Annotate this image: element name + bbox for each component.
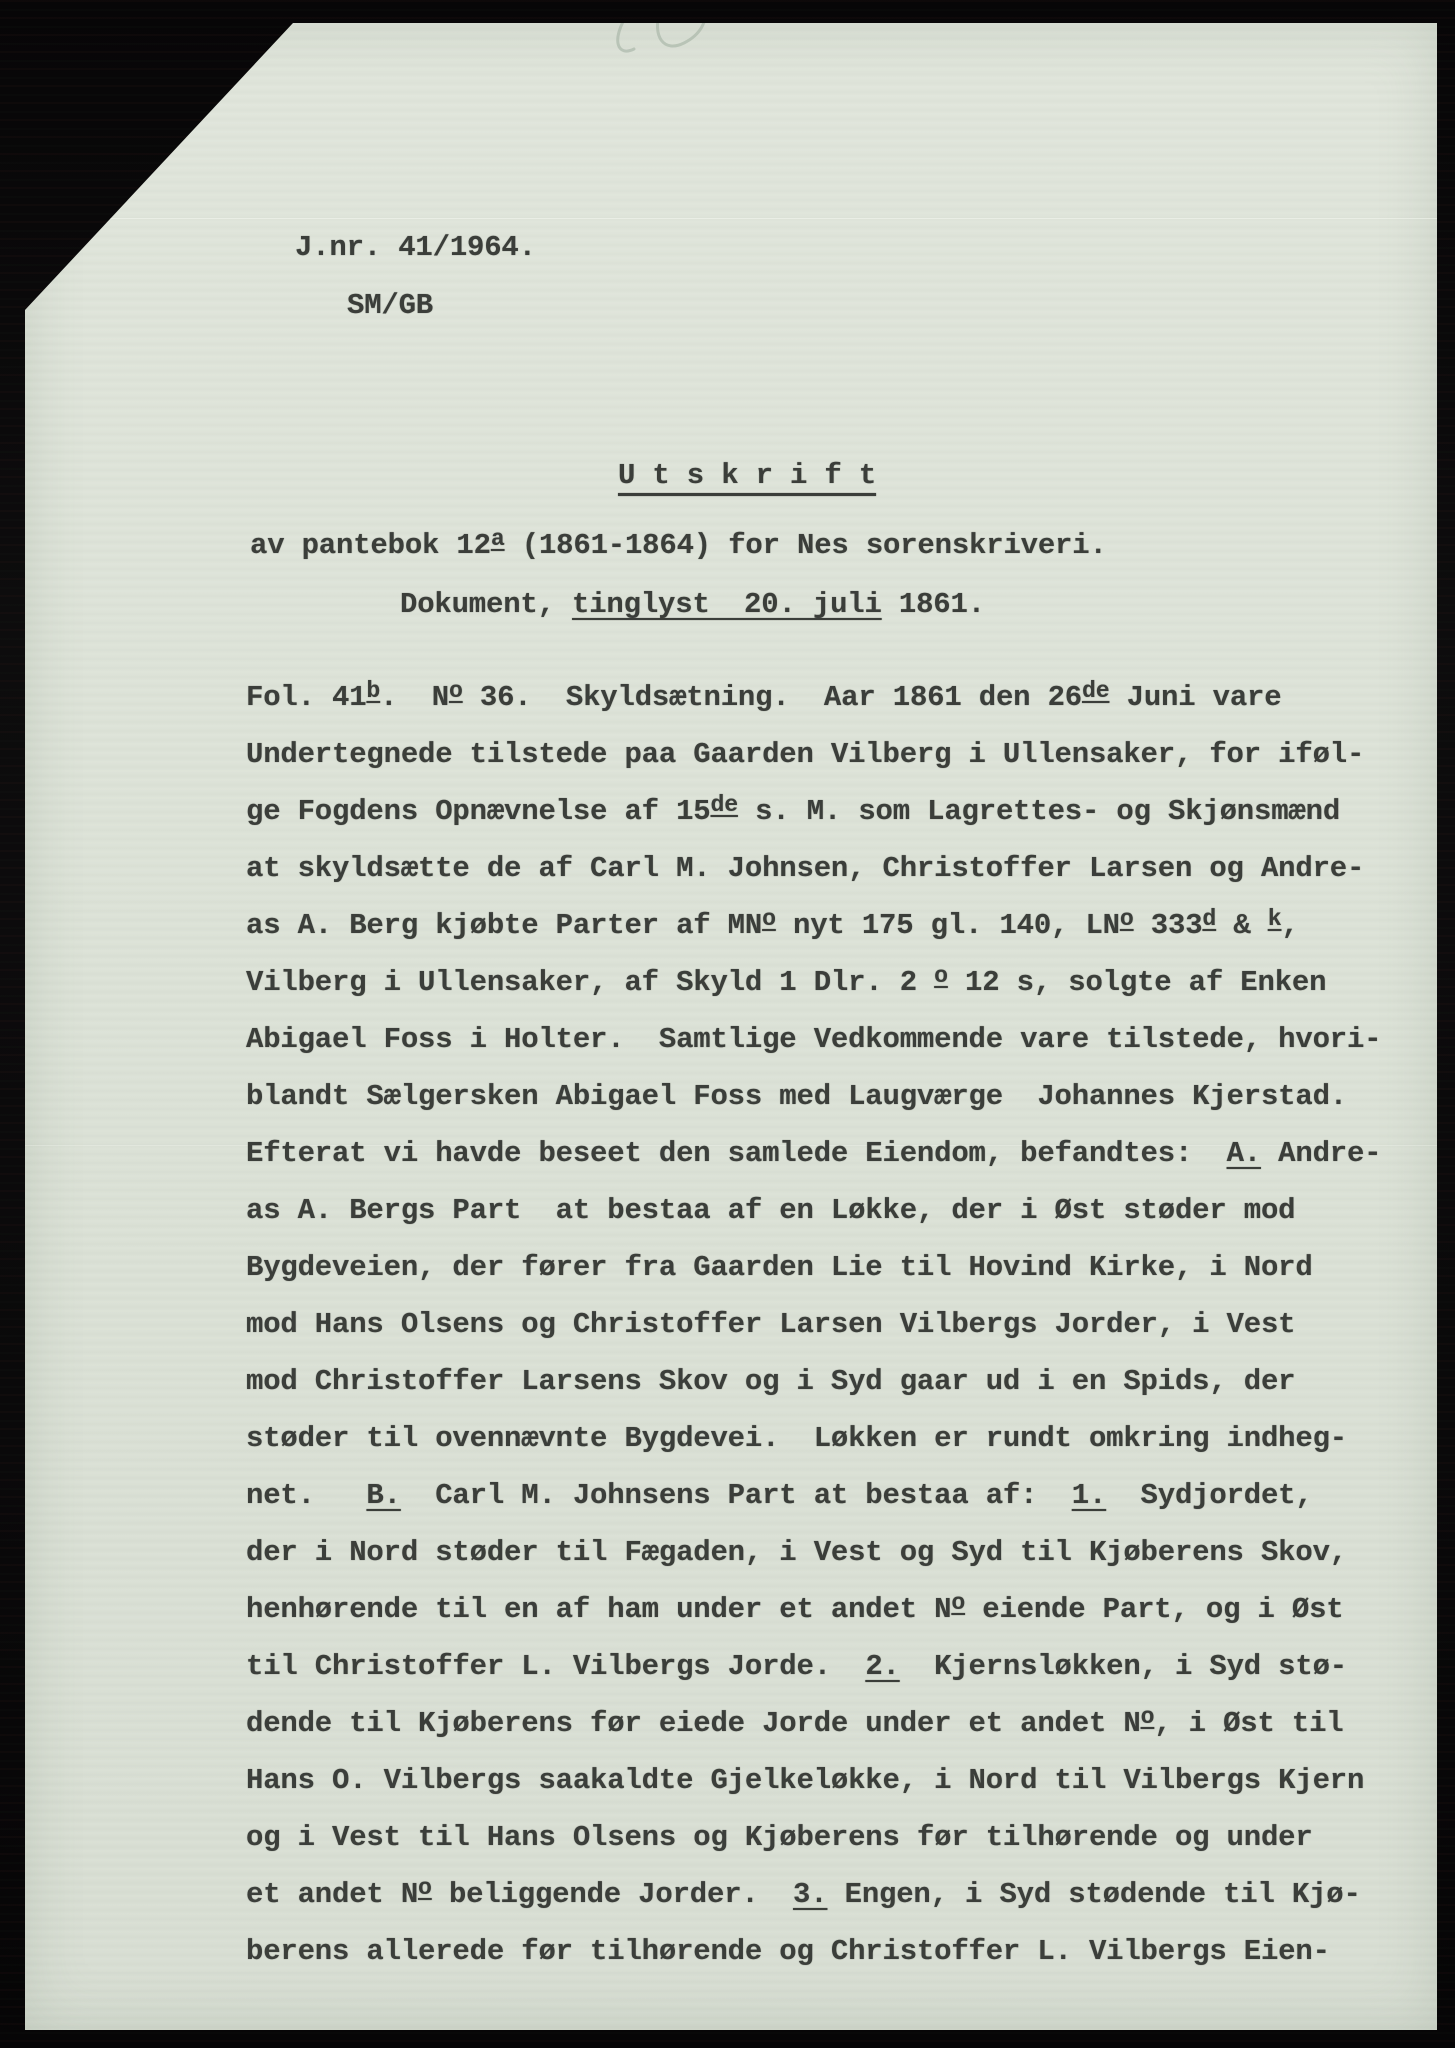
text-segment: Andre- [1261,1137,1381,1170]
text-segment: et andet N [246,1878,418,1911]
text-line: Undertegnede tilstede paa Gaarden Vilber… [246,726,1381,783]
superscript-text: de [710,792,737,818]
scanned-archive-page: { "page": { "background_color": "#0b0a0b… [0,0,1455,2048]
superscript-text: d [1202,906,1216,932]
superscript-text: de [1082,678,1109,704]
text-segment: der i Nord støder til Fægaden, i Vest og… [246,1536,1347,1569]
text-segment: av pantebok 12 [250,529,491,562]
text-line: mod Hans Olsens og Christoffer Larsen Vi… [246,1296,1381,1353]
text-segment: & [1216,909,1268,942]
text-segment: , [1281,909,1298,942]
scan-artifact-line [25,218,1437,219]
text-line: Efterat vi havde beseet den samlede Eien… [246,1125,1381,1182]
text-segment: 333 [1134,909,1203,942]
text-line: og i Vest til Hans Olsens og Kjøberens f… [246,1809,1381,1866]
text-segment: Efterat vi havde beseet den samlede Eien… [246,1137,1227,1170]
text-segment: henhørende til en af ham under et andet … [246,1593,951,1626]
subtitle-source-line: av pantebok 12a (1861-1864) for Nes sore… [250,517,1107,576]
text-line: at skyldsætte de af Carl M. Johnsen, Chr… [246,840,1381,897]
text-line: mod Christoffer Larsens Skov og i Syd ga… [246,1353,1381,1410]
text-segment: eiende Part, og i Øst [965,1593,1343,1626]
text-line: net. B. Carl M. Johnsens Part at bestaa … [246,1467,1381,1524]
text-segment: dende til Kjøberens før eiede Jorde unde… [246,1707,1141,1740]
superscript-text: o [1141,1704,1155,1730]
text-line: ge Fogdens Opnævnelse af 15de s. M. som … [246,783,1381,840]
text-segment: Fol. 41 [246,681,366,714]
pencil-mark [600,23,730,71]
text-line: et andet No beliggende Jorder. 3. Engen,… [246,1866,1381,1923]
text-segment: Dokument, [400,588,572,621]
underlined-text: B. [366,1479,400,1512]
text-line: henhørende til en af ham under et andet … [246,1581,1381,1638]
text-line: dende til Kjøberens før eiede Jorde unde… [246,1695,1381,1752]
text-segment: s. M. som Lagrettes- og Skjønsmænd [738,795,1340,828]
text-line: Fol. 41b. No 36. Skyldsætning. Aar 1861 … [246,669,1381,726]
text-segment: 1861. [882,588,985,621]
text-segment: Hans O. Vilbergs saakaldte Gjelkeløkke, … [246,1764,1364,1797]
document-body: Fol. 41b. No 36. Skyldsætning. Aar 1861 … [246,669,1381,1980]
text-segment: Bygdeveien, der fører fra Gaarden Lie ti… [246,1251,1313,1284]
text-segment: Carl M. Johnsens Part at bestaa af: [401,1479,1072,1512]
superscript-text: a [491,526,505,552]
superscript-text: o [418,1875,432,1901]
underlined-text: A. [1227,1137,1261,1170]
text-line: Hans O. Vilbergs saakaldte Gjelkeløkke, … [246,1752,1381,1809]
superscript-text: o [1120,906,1134,932]
text-segment: til Christoffer L. Vilbergs Jorde. [246,1650,865,1683]
text-segment: Vilberg i Ullensaker, af Skyld 1 Dlr. 2 [246,966,934,999]
journal-number: J.nr. 41/1964. [295,219,536,276]
text-segment: Undertegnede tilstede paa Gaarden Vilber… [246,738,1364,771]
document-page: J.nr. 41/1964. SM/GB U t s k r i f t av … [25,23,1437,2030]
text-segment: og i Vest til Hans Olsens og Kjøberens f… [246,1821,1313,1854]
text-segment: net. [246,1479,366,1512]
text-segment: Abigael Foss i Holter. Samtlige Vedkomme… [246,1023,1381,1056]
text-segment: as A. Bergs Part at bestaa af en Løkke, … [246,1194,1295,1227]
text-segment: , i Øst til [1154,1707,1343,1740]
underlined-text: 3. [793,1878,827,1911]
text-segment: 36. Skyldsætning. Aar 1861 den 26 [463,681,1082,714]
subtitle-registration-line: Dokument, tinglyst 20. juli 1861. [400,576,985,633]
text-line: as A. Bergs Part at bestaa af en Løkke, … [246,1182,1381,1239]
underlined-text: 2. [865,1650,899,1683]
underlined-text: tinglyst 20. juli [572,588,882,621]
text-segment: Juni vare [1109,681,1281,714]
clerk-initials: SM/GB [347,277,433,334]
text-segment: at skyldsætte de af Carl M. Johnsen, Chr… [246,852,1364,885]
superscript-text: o [762,906,776,932]
text-line: Bygdeveien, der fører fra Gaarden Lie ti… [246,1239,1381,1296]
text-segment: berens allerede før tilhørende og Christ… [246,1935,1330,1968]
text-line: berens allerede før tilhørende og Christ… [246,1923,1381,1980]
text-segment: (1861-1864) for Nes sorenskriveri. [505,529,1107,562]
superscript-text: b [366,678,380,704]
superscript-text: o [449,678,463,704]
text-line: Abigael Foss i Holter. Samtlige Vedkomme… [246,1011,1381,1068]
text-segment: nyt 175 gl. 140, LN [776,909,1120,942]
text-segment: støder til ovennævnte Bygdevei. Løkken e… [246,1422,1347,1455]
text-segment: Kjernsløkken, i Syd stø- [900,1650,1347,1683]
text-segment: 12 s, solgte af Enken [948,966,1326,999]
text-segment: Sydjordet, [1106,1479,1312,1512]
text-line: til Christoffer L. Vilbergs Jorde. 2. Kj… [246,1638,1381,1695]
text-segment: Engen, i Syd stødende til Kjø- [827,1878,1360,1911]
text-line: Vilberg i Ullensaker, af Skyld 1 Dlr. 2 … [246,954,1381,1011]
text-line: støder til ovennævnte Bygdevei. Løkken e… [246,1410,1381,1467]
text-segment: blandt Sælgersken Abigael Foss med Laugv… [246,1080,1347,1113]
text-segment: mod Hans Olsens og Christoffer Larsen Vi… [246,1308,1295,1341]
text-segment: beliggende Jorder. [432,1878,793,1911]
superscript-text: k [1268,906,1282,932]
text-segment: as A. Berg kjøbte Parter af MN [246,909,762,942]
text-line: as A. Berg kjøbte Parter af MNo nyt 175 … [246,897,1381,954]
text-line: der i Nord støder til Fægaden, i Vest og… [246,1524,1381,1581]
superscript-text: o [951,1590,965,1616]
underlined-text: 1. [1072,1479,1106,1512]
text-segment: mod Christoffer Larsens Skov og i Syd ga… [246,1365,1295,1398]
superscript-text: o [934,963,948,989]
text-segment: . N [380,681,449,714]
text-segment: ge Fogdens Opnævnelse af 15 [246,795,710,828]
text-line: blandt Sælgersken Abigael Foss med Laugv… [246,1068,1381,1125]
document-title: U t s k r i f t [618,447,876,504]
